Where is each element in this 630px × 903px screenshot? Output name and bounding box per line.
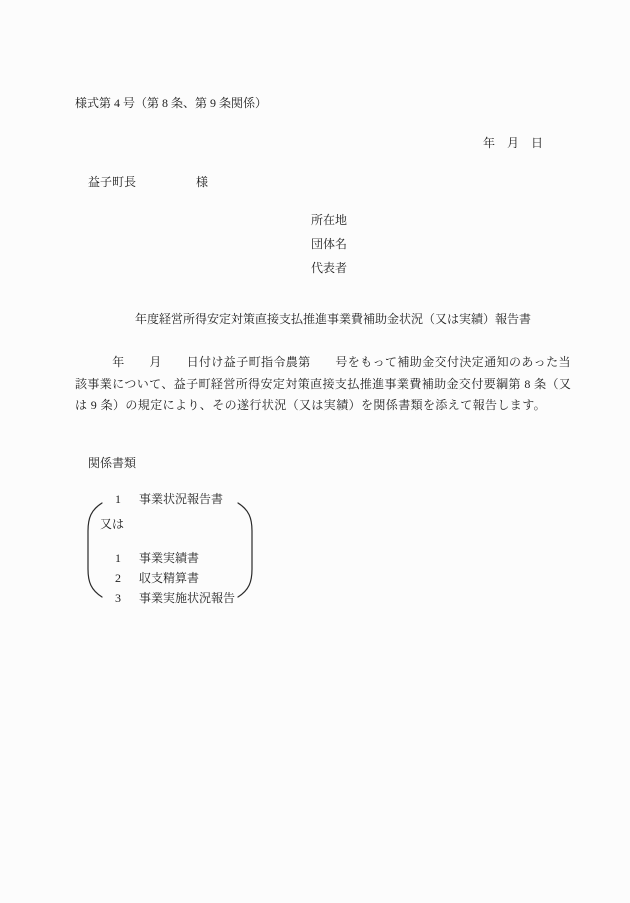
body-line: 年 月 日付け益子町指令農第 号をもって補助金交付決定通知のあった当 bbox=[75, 352, 575, 374]
item-number: 3 bbox=[115, 591, 139, 605]
sender-field-representative: 代表者 bbox=[311, 261, 347, 275]
document-page: 様式第 4 号（第 8 条、第 9 条関係） 年 月 日 益子町長 様 所在地 … bbox=[0, 0, 630, 903]
date-line: 年 月 日 bbox=[483, 136, 543, 150]
bracket-right-icon bbox=[238, 503, 252, 597]
related-documents-heading: 関係書類 bbox=[88, 456, 136, 470]
body-line: は 9 条）の規定により、その遂行状況（又は実績）を関係書類を添えて報告します。 bbox=[75, 395, 575, 417]
addressee-line: 益子町長 様 bbox=[88, 175, 208, 189]
document-title: 年度経営所得安定対策直接支払推進事業費補助金状況（又は実績）報告書 bbox=[135, 312, 531, 326]
form-number-label: 様式第 4 号（第 8 条、第 9 条関係） bbox=[75, 96, 267, 110]
sender-field-address: 所在地 bbox=[311, 213, 347, 227]
alternative-heading: 又は bbox=[100, 517, 124, 531]
item-label: 事業実施状況報告 bbox=[139, 591, 235, 605]
body-line: 該事業について、益子町経営所得安定対策直接支払推進事業費補助金交付要綱第 8 条… bbox=[75, 374, 575, 396]
sender-field-organization: 団体名 bbox=[311, 237, 347, 251]
alternative-item: 3事業実施状況報告 bbox=[103, 577, 235, 619]
body-paragraph: 年 月 日付け益子町指令農第 号をもって補助金交付決定通知のあった当 該事業につ… bbox=[75, 352, 575, 417]
